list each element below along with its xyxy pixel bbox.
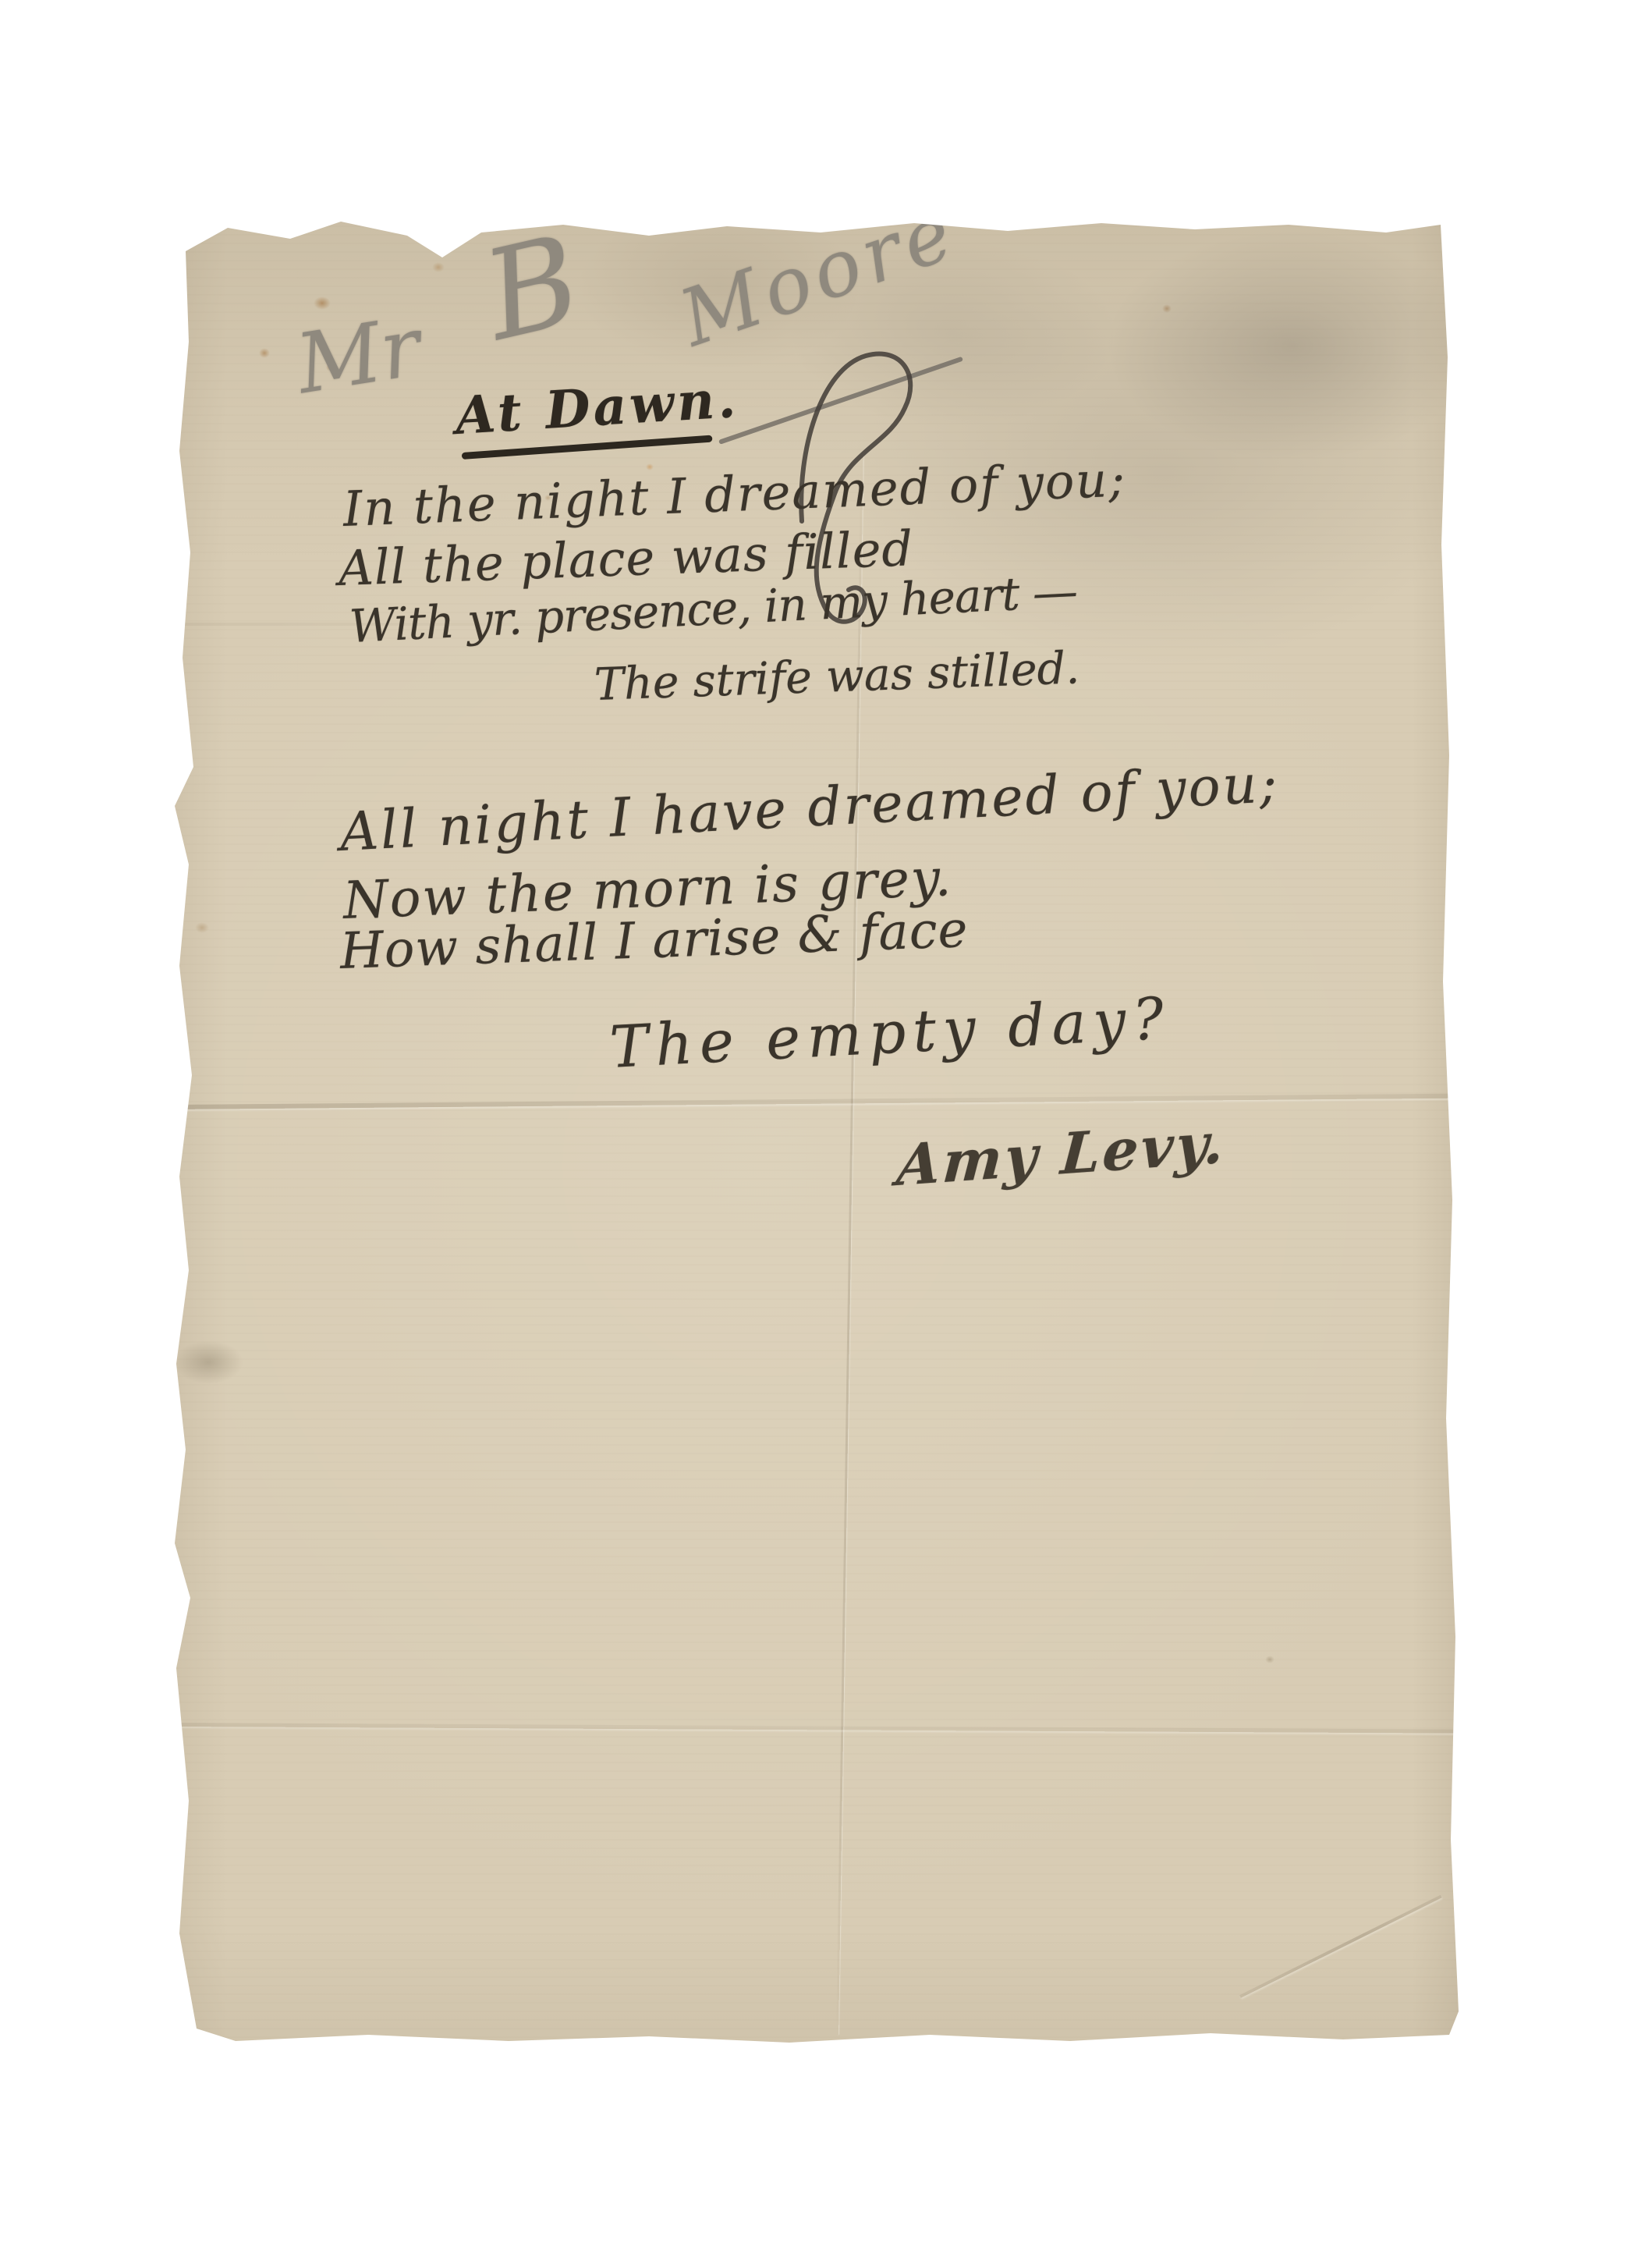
- pencil-inscription-initial: B: [474, 218, 590, 359]
- lower-fold-crease: [173, 1723, 1459, 1734]
- poem-line: All night I have dreamed of you;: [339, 758, 1281, 860]
- poem-line: The empty day?: [608, 989, 1172, 1077]
- foxing-spot: [195, 922, 209, 933]
- manuscript-photo: Mr B Moore At Dawn. In the night I dream…: [0, 0, 1652, 2247]
- pencil-inscription-prefix: Mr: [292, 306, 426, 406]
- poem-line: In the night I dreamed of you;: [342, 455, 1127, 534]
- horizontal-fold-crease: [173, 1094, 1459, 1109]
- foxing-spot: [432, 262, 445, 272]
- foxing-spot: [1265, 1656, 1274, 1663]
- corner-fold-crease: [1239, 1895, 1442, 1998]
- left-edge-tear-shadow: [173, 1340, 243, 1384]
- pencil-inscription-surname: Moore: [672, 192, 966, 358]
- poem-line: The strife was stilled.: [594, 646, 1080, 708]
- poem-title: At Dawn.: [454, 373, 740, 442]
- manuscript-paper: Mr B Moore At Dawn. In the night I dream…: [173, 217, 1459, 2043]
- foxing-spot: [259, 348, 270, 358]
- author-signature: Amy Levy.: [895, 1114, 1228, 1194]
- foxing-spot: [314, 296, 331, 310]
- foxing-spot: [1162, 304, 1172, 313]
